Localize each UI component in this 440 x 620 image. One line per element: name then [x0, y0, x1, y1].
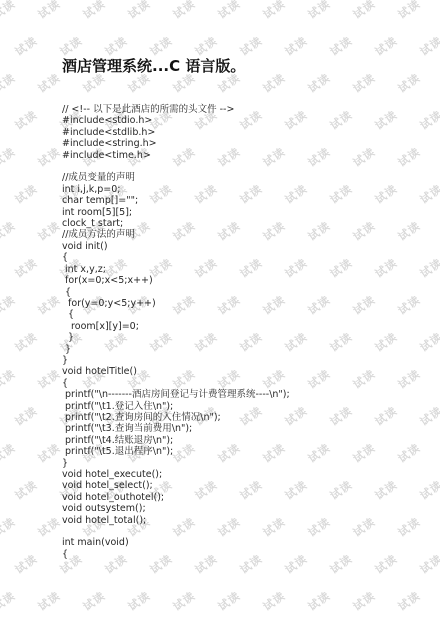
code-line: printf("\t3.查询当前费用\n");	[62, 423, 420, 434]
watermark-text: 试读	[170, 588, 199, 615]
watermark-text: 试读	[125, 588, 154, 615]
document-page: 试读试读试读试读试读试读试读试读试读试读试读试读试读试读试读试读试读试读试读试读…	[0, 0, 440, 620]
code-line: room[x][y]=0;	[62, 321, 420, 332]
code-line: void outsystem();	[62, 503, 420, 514]
watermark-text: 试读	[35, 588, 64, 615]
code-line: }	[62, 355, 420, 366]
code-line: printf("\t4.结账退房\n");	[62, 435, 420, 446]
code-line: for(y=0;y<5;y++)	[62, 298, 420, 309]
watermark-text: 试读	[0, 588, 18, 615]
code-line: // <!-- 以下是此酒店的所需的头文件 -->	[62, 104, 420, 115]
code-line: #include<stdio.h>	[62, 115, 420, 126]
code-line: }	[62, 332, 420, 343]
document-content: 酒店管理系统...C 语言版。 // <!-- 以下是此酒店的所需的头文件 --…	[0, 0, 440, 560]
code-line: clock_t start;	[62, 218, 420, 229]
code-line: int i,j,k,p=0;	[62, 184, 420, 195]
code-line: //成员方法的声明	[62, 229, 420, 240]
code-line: void hotel_outhotel();	[62, 492, 420, 503]
code-line: char temp[]="";	[62, 195, 420, 206]
code-line: printf("\t5.退出程序\n");	[62, 446, 420, 457]
code-line: void hotel_total();	[62, 515, 420, 526]
code-line: {	[62, 309, 420, 320]
watermark-text: 试读	[395, 588, 424, 615]
code-line: int x,y,z;	[62, 264, 420, 275]
code-line: void hotel_execute();	[62, 469, 420, 480]
code-line: {	[62, 549, 420, 560]
code-line: for(x=0;x<5;x++)	[62, 275, 420, 286]
code-line: void hotel_select();	[62, 480, 420, 491]
document-title: 酒店管理系统...C 语言版。	[62, 56, 420, 77]
watermark-text: 试读	[215, 588, 244, 615]
code-line: printf("\t2.查询房间的入住情况\n");	[62, 412, 420, 423]
code-line: void init()	[62, 241, 420, 252]
code-line: void hotelTitle()	[62, 366, 420, 377]
code-line: }	[62, 458, 420, 469]
code-line: {	[62, 287, 420, 298]
code-line: printf("\t1.登记入住\n");	[62, 401, 420, 412]
code-line: #include<stdlib.h>	[62, 127, 420, 138]
watermark-text: 试读	[80, 588, 109, 615]
code-line: int room[5][5];	[62, 207, 420, 218]
code-block: // <!-- 以下是此酒店的所需的头文件 -->#include<stdio.…	[62, 104, 420, 560]
watermark-text: 试读	[305, 588, 334, 615]
code-line: }	[62, 344, 420, 355]
code-line	[62, 161, 420, 172]
code-line	[62, 526, 420, 537]
code-line: #include<time.h>	[62, 150, 420, 161]
watermark-text: 试读	[350, 588, 379, 615]
code-line: //成员变量的声明	[62, 172, 420, 183]
code-line: #include<string.h>	[62, 138, 420, 149]
code-line: printf("\n-------酒店房间登记与计费管理系统----\n");	[62, 389, 420, 400]
code-line: {	[62, 378, 420, 389]
code-line: int main(void)	[62, 537, 420, 548]
watermark-text: 试读	[260, 588, 289, 615]
code-line: {	[62, 252, 420, 263]
